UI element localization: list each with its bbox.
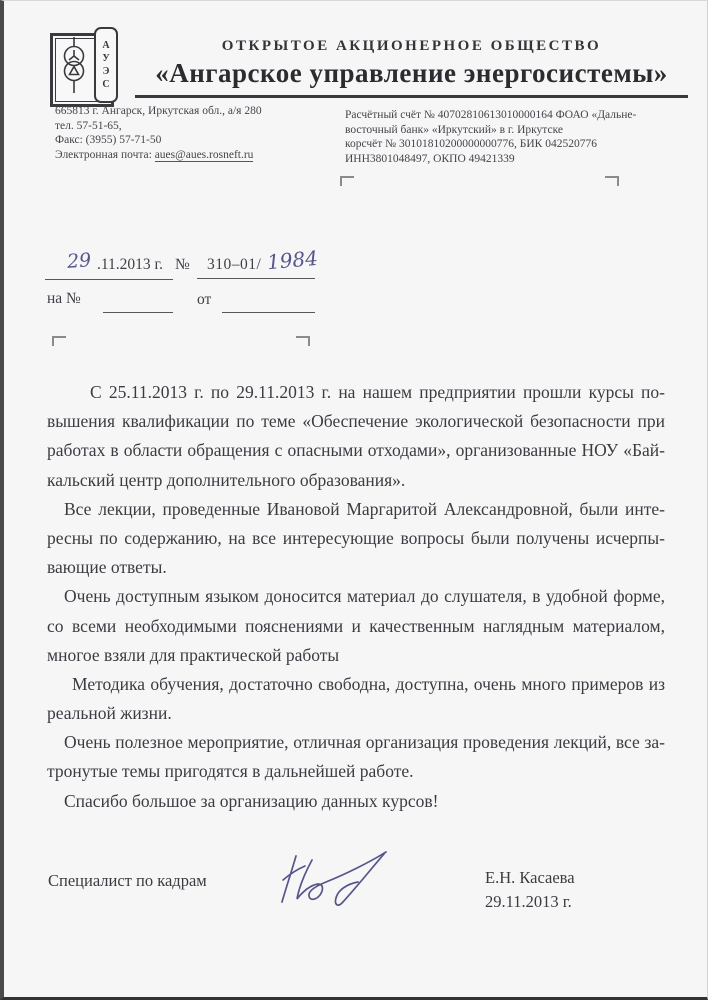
body-line: со всеми необходимыми пояснениями и каче… bbox=[47, 612, 665, 641]
number-sign: № bbox=[175, 256, 190, 274]
signature-date: 29.11.2013 г. bbox=[485, 892, 572, 912]
email-label: Электронная почта: bbox=[55, 149, 155, 161]
organization-name: «Ангарское управление энергосистемы» bbox=[135, 58, 688, 89]
corner-mark-addressee-right bbox=[605, 176, 619, 186]
email-address: aues@aues.rosneft.ru bbox=[155, 149, 254, 162]
transformer-symbol-icon bbox=[56, 37, 96, 97]
phone-line: тел. 57-51-65, bbox=[55, 119, 335, 134]
body-line: Все лекции, проведенные Ивановой Маргари… bbox=[47, 495, 665, 524]
inn-okpo-line: ИНН3801048497, ОКПО 49421339 bbox=[345, 152, 675, 167]
contact-block-bank: Расчётный счёт № 40702810613010000164 ФО… bbox=[345, 108, 675, 166]
address-line: 665813 г. Ангарск, Иркутская обл., а/я 2… bbox=[55, 104, 335, 119]
fax-line: Факс: (3955) 57-71-50 bbox=[55, 133, 335, 148]
body-line: ресны по содержанию, на все интересующие… bbox=[47, 524, 665, 553]
body-line: многое взяли для практической работы bbox=[47, 641, 665, 670]
logo-abbreviation: А У Э С bbox=[94, 27, 118, 103]
company-logo: А У Э С bbox=[50, 27, 122, 109]
contact-block-address: 665813 г. Ангарск, Иркутская обл., а/я 2… bbox=[55, 104, 335, 162]
letterhead-rule bbox=[135, 95, 688, 98]
letter-date: .11.2013 г. bbox=[97, 256, 163, 274]
reply-date-underline bbox=[222, 312, 315, 313]
logo-letter: Э bbox=[103, 66, 110, 78]
body-line: тронутые темы пригодятся в дальнейшей ра… bbox=[47, 757, 665, 786]
body-line: вышения квалификации по теме «Обеспечени… bbox=[47, 407, 665, 436]
body-line: С 25.11.2013 г. по 29.11.2013 г. на наше… bbox=[47, 378, 665, 407]
signer-name: Е.Н. Касаева bbox=[485, 868, 575, 888]
corner-mark-addressee-left bbox=[340, 176, 354, 186]
logo-letter: У bbox=[102, 53, 109, 65]
letter-body: С 25.11.2013 г. по 29.11.2013 г. на наше… bbox=[47, 378, 665, 816]
logo-letter: А bbox=[102, 40, 109, 52]
bank-account-line: Расчётный счёт № 40702810613010000164 ФО… bbox=[345, 108, 675, 123]
body-line: работах в области обращения с опасными о… bbox=[47, 436, 665, 465]
body-line: кальский центр дополнительного образован… bbox=[47, 466, 665, 495]
corner-mark-reference-right bbox=[296, 336, 310, 346]
body-line: Спасибо большое за организацию данных ку… bbox=[47, 787, 665, 816]
body-line: Методика обучения, достаточно свободна, … bbox=[47, 670, 665, 699]
number-underline bbox=[197, 278, 315, 279]
bank-name-line: восточный банк» «Иркутский» в г. Иркутск… bbox=[345, 123, 675, 138]
handwritten-number: 1984 bbox=[266, 246, 319, 274]
corner-mark-reference-left bbox=[52, 336, 66, 346]
logo-letter: С bbox=[102, 79, 109, 91]
email-line: Электронная почта: aues@aues.rosneft.ru bbox=[55, 148, 335, 163]
letter-number: 310–01/ bbox=[207, 256, 261, 274]
body-line: реальной жизни. bbox=[47, 699, 665, 728]
reference-block: 29 .11.2013 г. № 310–01/ 1984 на № от bbox=[45, 248, 345, 318]
handwritten-signature bbox=[272, 840, 392, 930]
reply-to-label: на № bbox=[47, 290, 81, 308]
body-line: Очень доступным языком доносится материа… bbox=[47, 582, 665, 611]
corr-account-line: корсчёт № 30101810200000000776, БИК 0425… bbox=[345, 137, 675, 152]
organization-type: ОТКРЫТОЕ АКЦИОНЕРНОЕ ОБЩЕСТВО bbox=[135, 38, 688, 55]
reply-number-underline bbox=[103, 312, 173, 313]
from-label: от bbox=[197, 291, 211, 309]
signer-position: Специалист по кадрам bbox=[48, 871, 207, 891]
date-underline bbox=[45, 279, 173, 280]
body-line: Очень полезное мероприятие, отличная орг… bbox=[47, 728, 665, 757]
handwritten-day: 29 bbox=[66, 249, 92, 273]
body-line: вающие ответы. bbox=[47, 553, 665, 582]
